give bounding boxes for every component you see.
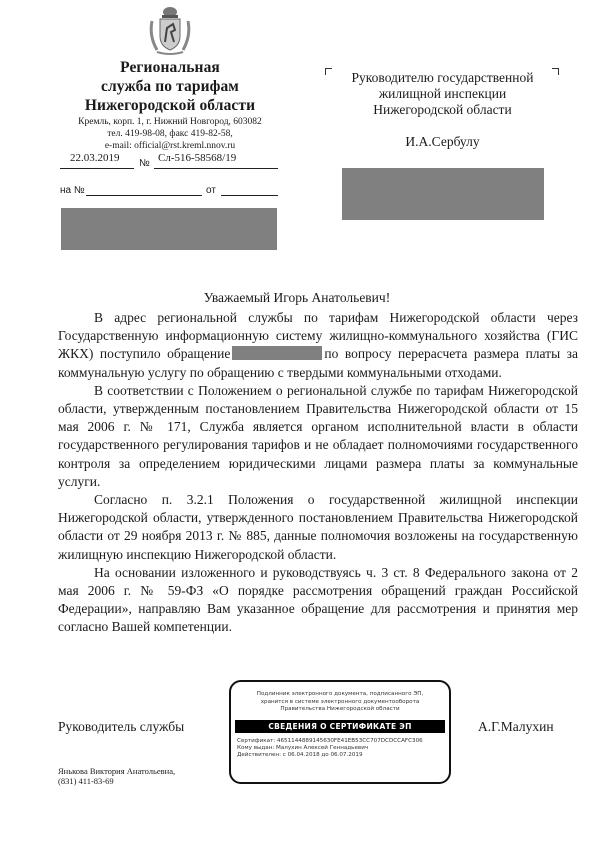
email-line: e-mail: official@rst.kreml.nnov.ru <box>60 140 280 152</box>
addressee-line: жилищной инспекции <box>330 86 555 102</box>
organization-address: Кремль, корп. 1, г. Нижний Новгород, 603… <box>60 116 280 152</box>
stamp-line: Подлинник электронного документа, подпис… <box>231 691 449 699</box>
org-line: Нижегородской области <box>60 96 280 115</box>
redacted-block <box>342 168 544 220</box>
signatory-role: Руководитель службы <box>58 719 184 735</box>
org-line: служба по тарифам <box>60 77 280 96</box>
e-signature-stamp: Подлинник электронного документа, подпис… <box>229 680 451 784</box>
reply-date-rule <box>221 195 278 196</box>
redacted-inline <box>232 346 322 360</box>
paragraph: В адрес региональной службы по тарифам Н… <box>58 309 578 382</box>
stamp-line: хранится в системе электронного документ… <box>231 699 449 707</box>
org-line: Региональная <box>60 58 280 77</box>
addressee-line: Руководителю государственной <box>330 70 555 86</box>
greeting: Уважаемый Игорь Анатольевич! <box>0 290 594 306</box>
executor-phone: (831) 411-83-69 <box>58 776 175 786</box>
stamp-details: Сертификат: 46511448891456З0FE41EB53CC70… <box>237 738 449 759</box>
date-rule <box>60 168 134 169</box>
reply-from-label: от <box>206 185 216 196</box>
outgoing-number: Сл-516-58568/19 <box>158 152 236 164</box>
certificate-number: Сертификат: 46511448891456З0FE41EB53CC70… <box>237 738 449 745</box>
paragraph: На основании изложенного и руководствуяс… <box>58 564 578 637</box>
redacted-block <box>61 208 277 250</box>
paragraph: Согласно п. 3.2.1 Положения о государств… <box>58 491 578 564</box>
certificate-owner: Кому выдан: Малухин Алексей Геннадьевич <box>237 745 449 752</box>
outgoing-date: 22.03.2019 <box>70 152 120 164</box>
paragraph: В соответствии с Положением о региональн… <box>58 382 578 491</box>
organization-name: Региональная служба по тарифам Нижегород… <box>60 58 280 115</box>
stamp-notice: Подлинник электронного документа, подпис… <box>231 691 449 714</box>
certificate-validity: Действителен: с 06.04.2018 до 06.07.2019 <box>237 752 449 759</box>
signatory-name: А.Г.Малухин <box>478 719 554 735</box>
addressee-block: Руководителю государственной жилищной ин… <box>330 70 555 150</box>
reply-number-label: на № <box>60 185 85 196</box>
number-label: № <box>139 158 150 169</box>
addressee-line: Нижегородской области <box>330 102 555 118</box>
letter-body: В адрес региональной службы по тарифам Н… <box>58 309 578 637</box>
stamp-line: Правительства Нижегородской области <box>231 706 449 714</box>
number-rule <box>154 168 278 169</box>
executor-info: Янькова Виктория Анатольевна, (831) 411-… <box>58 766 175 786</box>
coat-of-arms-icon <box>147 6 193 56</box>
address-line: Кремль, корп. 1, г. Нижний Новгород, 603… <box>60 116 280 128</box>
stamp-header: СВЕДЕНИЯ О СЕРТИФИКАТЕ ЭП <box>235 720 445 733</box>
addressee-name: И.А.Сербулу <box>330 134 555 150</box>
reply-number-rule <box>86 195 202 196</box>
address-line: тел. 419-98-08, факс 419-82-58, <box>60 128 280 140</box>
executor-name: Янькова Виктория Анатольевна, <box>58 766 175 776</box>
